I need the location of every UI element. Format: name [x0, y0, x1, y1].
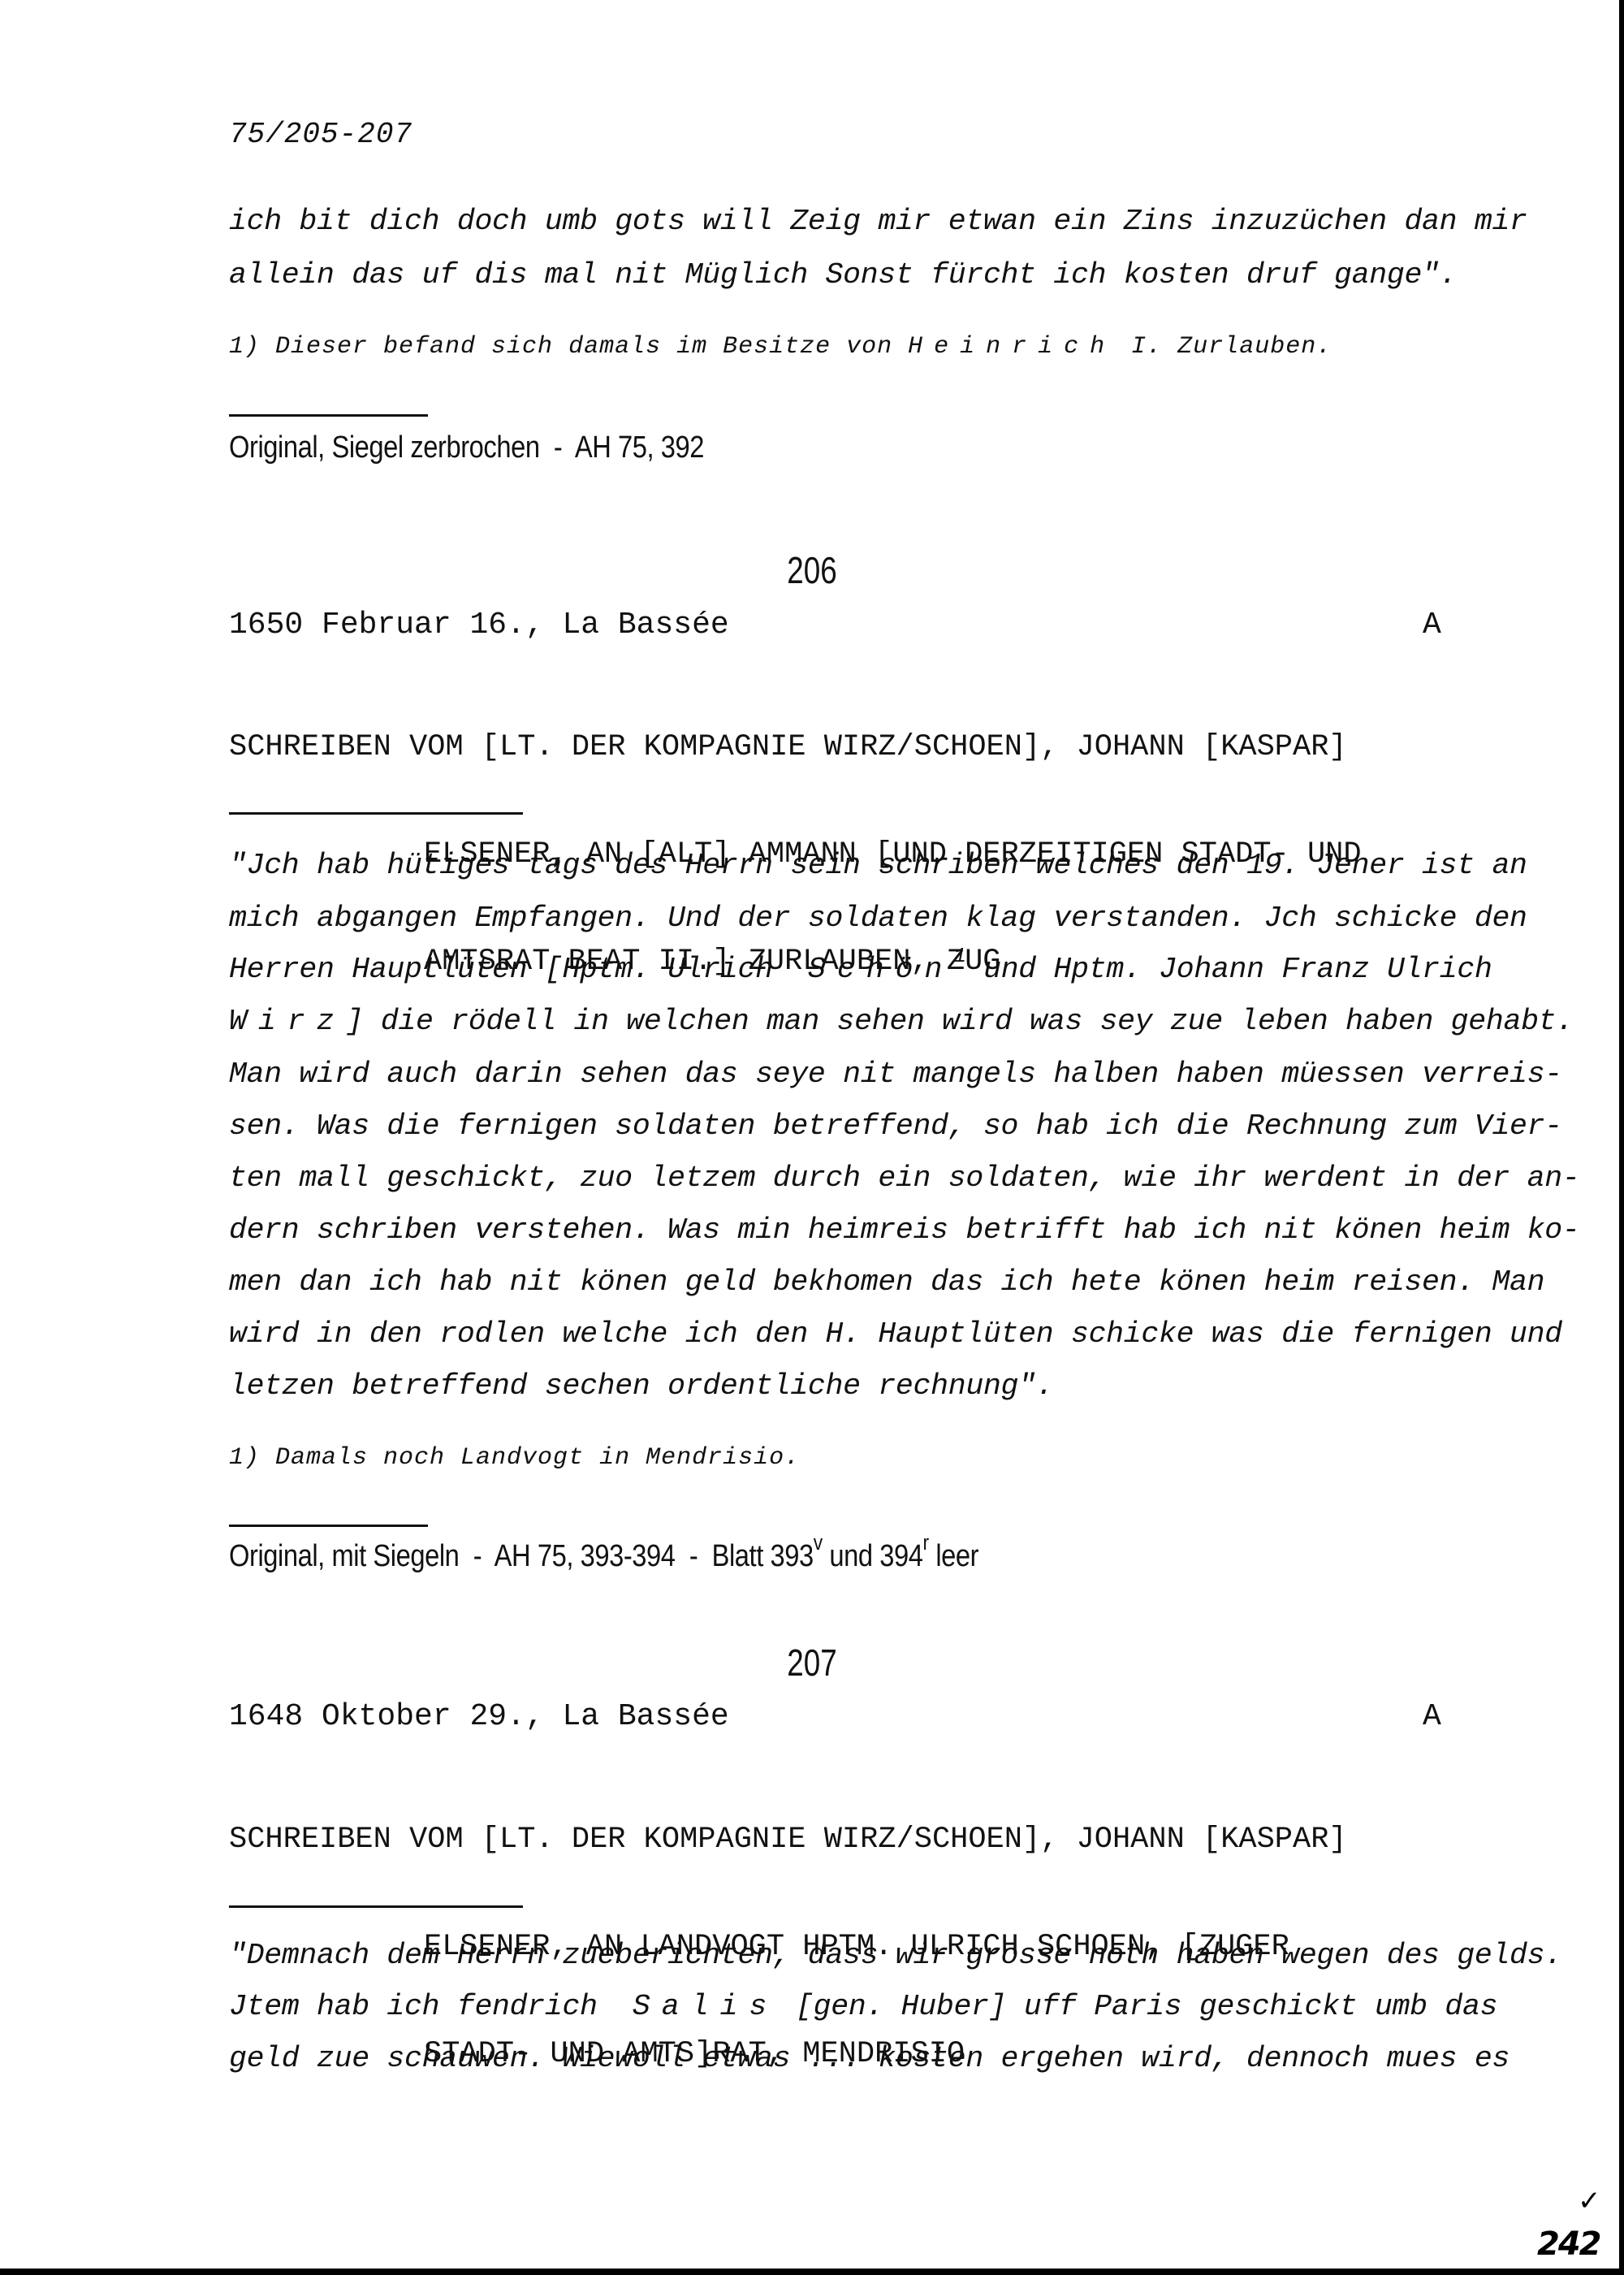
separator-rule [229, 1905, 523, 1908]
check-mark-icon: ✓ [1578, 2185, 1601, 2217]
quote-line: ten mall geschickt, zuo letzem durch ein… [229, 1161, 1579, 1195]
quote-line: geld zue schauwen. Wiewoll etwas ... kos… [229, 2042, 1510, 2075]
footnote: 1) Damals noch Landvogt in Mendrisio. [229, 1444, 800, 1472]
spaced-name: Salis [633, 1990, 779, 2023]
handwritten-page-number: 242 [1537, 2225, 1600, 2263]
separator-rule [229, 812, 523, 815]
quote-line: allein das uf dis mal nit Müglich Sonst … [229, 258, 1457, 292]
source-note: Original, Siegel zerbrochen - AH 75, 392 [229, 430, 704, 465]
quote-line: Wirz] die rödell in welchen man sehen wi… [229, 1005, 1574, 1038]
classification: A [1423, 1699, 1441, 1734]
entry-number: 206 [162, 548, 1462, 592]
classification: A [1423, 608, 1441, 642]
quote-line: letzen betreffend sechen ordentliche rec… [229, 1369, 1053, 1403]
scan-edge-right [1619, 0, 1624, 2275]
quote-line: "Demnach dem Herrn zueberichten, dass wi… [229, 1939, 1562, 1972]
quote-line: dern schriben verstehen. Was min heimrei… [229, 1213, 1579, 1247]
source-note: Original, mit Siegeln - AH 75, 393-394 -… [229, 1539, 978, 1574]
scan-edge-bottom [0, 2269, 1624, 2275]
footnote: 1) Dieser befand sich damals im Besitze … [229, 333, 1332, 361]
separator-rule [229, 414, 428, 417]
footnote-marker: 1 [953, 945, 965, 968]
date-place: 1648 Oktober 29., La Bassée [229, 1699, 729, 1734]
quote-line: wird in den rodlen welche ich den H. Hau… [229, 1317, 1562, 1351]
quote-line: Jtem hab ich fendrich Salis [gen. Huber]… [229, 1990, 1497, 2023]
quote-line: Herren Hauptlüten [Hptm. Ulrich Schön1 u… [229, 953, 1492, 986]
quote-line: "Jch hab hütiges tags des Herrn sein sch… [229, 849, 1527, 882]
quote-line: men dan ich hab nit könen geld bekhomen … [229, 1265, 1544, 1299]
spaced-name: Wirz [229, 1005, 346, 1038]
spaced-name: Schön [808, 953, 954, 986]
date-place: 1650 Februar 16., La Bassée [229, 608, 729, 642]
entry-number: 207 [162, 1641, 1462, 1685]
document-page: 75/205-207 ich bit dich doch umb gots wi… [0, 0, 1624, 2275]
quote-line: Man wird auch darin sehen das seye nit m… [229, 1057, 1562, 1091]
page-reference: 75/205-207 [229, 118, 412, 151]
quote-line: ich bit dich doch umb gots will Zeig mir… [229, 205, 1527, 238]
quote-line: mich abgangen Empfangen. Und der soldate… [229, 902, 1527, 935]
separator-rule [229, 1525, 428, 1527]
spaced-name: Heinrich [908, 333, 1116, 361]
quote-line: sen. Was die fernigen soldaten betreffen… [229, 1109, 1562, 1143]
